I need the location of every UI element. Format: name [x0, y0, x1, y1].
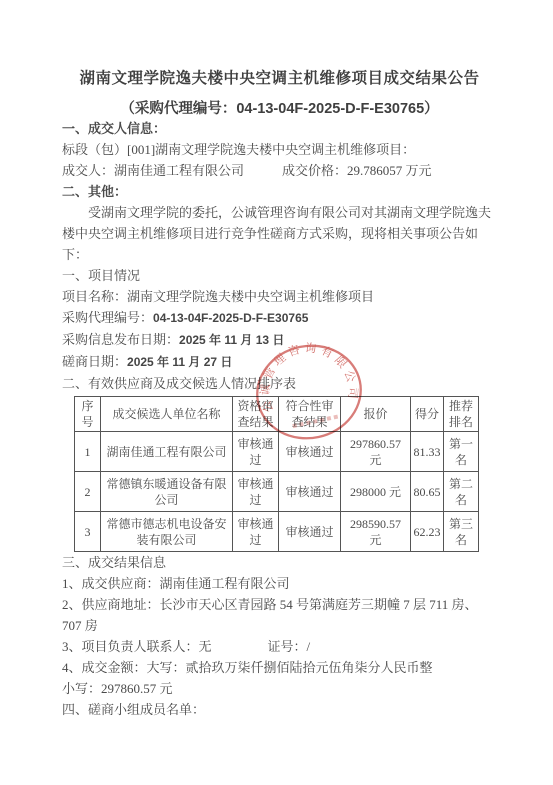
publish-date-value: 2025 年 11 月 13 日 — [179, 333, 284, 347]
project-name-value: 湖南文理学院逸夫楼中央空调主机维修项目 — [127, 289, 374, 304]
cell-qualification: 审核通过 — [233, 512, 279, 552]
publish-date-label: 采购信息发布日期： — [62, 332, 179, 347]
cell-qualification: 审核通过 — [233, 432, 279, 472]
cell-no: 1 — [75, 432, 101, 472]
negotiation-date-line: 磋商日期：2025 年 11 月 27 日 — [62, 351, 497, 373]
column-header-price: 报价 — [341, 397, 411, 432]
agency-code-line: 采购代理编号：04-13-04F-2025-D-F-E30765 — [62, 307, 497, 329]
winner-name: 湖南佳通工程有限公司 — [114, 163, 244, 178]
winner-line: 成交人：湖南佳通工程有限公司成交价格：29.786057 万元 — [62, 160, 497, 181]
agency-code-subtitle: （采购代理编号：04-13-04F-2025-D-F-E30765） — [62, 100, 497, 118]
table-row: 2 常德镇东暖通设备有限公司 审核通过 审核通过 298000 元 80.65 … — [75, 472, 479, 512]
cell-score: 80.65 — [411, 472, 444, 512]
cert-value: 证号：/ — [268, 639, 311, 654]
table-row: 3 常德市德志机电设备安装有限公司 审核通过 审核通过 298590.57 元 … — [75, 512, 479, 552]
column-header-qualification: 资格审查结果 — [233, 397, 279, 432]
cell-no: 2 — [75, 472, 101, 512]
column-header-no: 序号 — [75, 397, 101, 432]
column-header-conformity: 符合性审查结果 — [279, 397, 341, 432]
agency-code-label: 采购代理编号： — [62, 310, 153, 325]
intro-paragraph: 受湖南文理学院的委托，公诚管理咨询有限公司对其湖南文理学院逸夫楼中央空调主机维修… — [62, 202, 497, 265]
cell-rank: 第二名 — [444, 472, 479, 512]
cell-name: 湖南佳通工程有限公司 — [101, 432, 233, 472]
result-amount-caps-line: 4、成交金额：大写：贰拾玖万柒仟捌佰陆拾元伍角柒分人民币整 — [62, 657, 497, 678]
supplier-table-heading: 二、有效供应商及成交候选人情况排序表 — [62, 373, 497, 394]
result-address-line: 2、供应商地址：长沙市天心区青园路 54 号第满庭芳三期幢 7 层 711 房、… — [62, 594, 497, 636]
cell-conformity: 审核通过 — [279, 432, 341, 472]
cell-rank: 第三名 — [444, 512, 479, 552]
cell-rank: 第一名 — [444, 432, 479, 472]
table-header-row: 序号 成交候选人单位名称 资格审查结果 符合性审查结果 报价 得分 推荐排名 — [75, 397, 479, 432]
supplier-ranking-table: 序号 成交候选人单位名称 资格审查结果 符合性审查结果 报价 得分 推荐排名 1… — [74, 396, 479, 552]
result-supplier-line: 1、成交供应商：湖南佳通工程有限公司 — [62, 573, 497, 594]
contact-value: 3、项目负责人联系人：无 — [62, 639, 212, 654]
project-name-line: 项目名称：湖南文理学院逸夫楼中央空调主机维修项目 — [62, 286, 497, 307]
cell-qualification: 审核通过 — [233, 472, 279, 512]
document-title: 湖南文理学院逸夫楼中央空调主机维修项目成交结果公告 — [62, 70, 497, 88]
project-name-label: 项目名称： — [62, 289, 127, 304]
table-row: 1 湖南佳通工程有限公司 审核通过 审核通过 297860.57 元 81.33… — [75, 432, 479, 472]
cell-conformity: 审核通过 — [279, 512, 341, 552]
cell-score: 62.23 — [411, 512, 444, 552]
publish-date-line: 采购信息发布日期：2025 年 11 月 13 日 — [62, 329, 497, 351]
price-label: 成交价格： — [282, 163, 347, 178]
result-contact-line: 3、项目负责人联系人：无证号：/ — [62, 636, 497, 657]
cell-name: 常德市德志机电设备安装有限公司 — [101, 512, 233, 552]
negotiation-date-value: 2025 年 11 月 27 日 — [127, 355, 232, 369]
document-page: 湖南文理学院逸夫楼中央空调主机维修项目成交结果公告 （采购代理编号：04-13-… — [0, 0, 553, 785]
column-header-rank: 推荐排名 — [444, 397, 479, 432]
lot-line: 标段（包）[001]湖南文理学院逸夫楼中央空调主机维修项目： — [62, 139, 497, 160]
project-info-heading: 一、项目情况 — [62, 265, 497, 286]
winner-label: 成交人： — [62, 163, 114, 178]
negotiation-date-label: 磋商日期： — [62, 354, 127, 369]
section-other-heading: 二、其他： — [62, 181, 497, 202]
cell-no: 3 — [75, 512, 101, 552]
cell-conformity: 审核通过 — [279, 472, 341, 512]
cell-price: 298000 元 — [341, 472, 411, 512]
cell-score: 81.33 — [411, 432, 444, 472]
section-panel-heading: 四、磋商小组成员名单： — [62, 699, 497, 720]
agency-code-value: 04-13-04F-2025-D-F-E30765 — [153, 311, 308, 325]
section-award-heading: 一、成交人信息： — [62, 118, 497, 139]
cell-price: 298590.57 元 — [341, 512, 411, 552]
cell-price: 297860.57 元 — [341, 432, 411, 472]
column-header-score: 得分 — [411, 397, 444, 432]
price-value: 29.786057 万元 — [347, 163, 432, 178]
result-amount-small-line: 小写：297860.57 元 — [62, 678, 497, 699]
section-result-heading: 三、成交结果信息 — [62, 552, 497, 573]
column-header-name: 成交候选人单位名称 — [101, 397, 233, 432]
cell-name: 常德镇东暖通设备有限公司 — [101, 472, 233, 512]
document-content: 湖南文理学院逸夫楼中央空调主机维修项目成交结果公告 （采购代理编号：04-13-… — [0, 0, 553, 720]
